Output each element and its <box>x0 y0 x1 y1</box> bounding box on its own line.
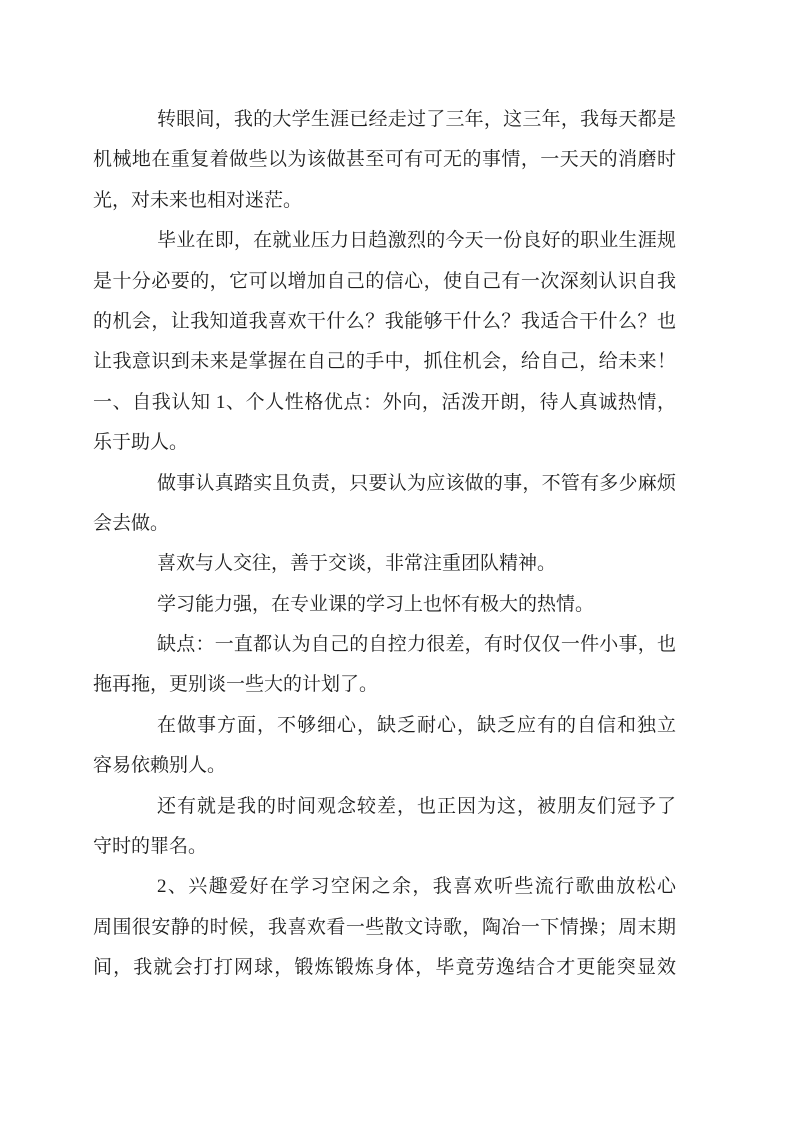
text-line: 守时的罪名。 <box>93 827 676 867</box>
text-line: 周围很安静的时候，我喜欢看一些散文诗歌，陶冶一下情操；周末期 <box>93 908 676 948</box>
text-line: 在做事方面，不够细心，缺乏耐心，缺乏应有的自信和独立性， <box>93 706 676 746</box>
text-line: 做事认真踏实且负责，只要认为应该做的事，不管有多少麻烦都 <box>93 464 676 504</box>
text-line: 乐于助人。 <box>93 423 676 463</box>
text-line: 拖再拖，更别谈一些大的计划了。 <box>93 665 676 705</box>
text-line: 转眼间，我的大学生涯已经走过了三年，这三年，我每天都是很 <box>93 100 676 140</box>
text-line: 间，我就会打打网球，锻炼锻炼身体，毕竟劳逸结合才更能突显效果。 <box>93 948 676 988</box>
text-line: 学习能力强，在专业课的学习上也怀有极大的热情。 <box>93 585 676 625</box>
text-line: 光，对未来也相对迷茫。 <box>93 181 676 221</box>
text-line: 让我意识到未来是掌握在自己的手中，抓住机会，给自己，给未来！ <box>93 342 676 382</box>
document-page: 转眼间，我的大学生涯已经走过了三年，这三年，我每天都是很 机械地在重复着做些以为… <box>0 0 793 1122</box>
section-heading-line: 一、自我认知 1、个人性格优点：外向，活泼开朗，待人真诚热情， <box>93 383 676 423</box>
document-text-block: 转眼间，我的大学生涯已经走过了三年，这三年，我每天都是很 机械地在重复着做些以为… <box>93 100 676 989</box>
text-line: 是十分必要的，它可以增加自己的信心，使自己有一次深刻认识自我 <box>93 262 676 302</box>
text-line: 的机会，让我知道我喜欢干什么？我能够干什么？我适合干什么？也 <box>93 302 676 342</box>
text-line: 会去做。 <box>93 504 676 544</box>
text-line: 还有就是我的时间观念较差，也正因为这，被朋友们冠予了“不 <box>93 787 676 827</box>
list-item-line: 2、兴趣爱好在学习空闲之余，我喜欢听些流行歌曲放松心情； <box>93 867 676 907</box>
text-line: 容易依赖别人。 <box>93 746 676 786</box>
text-line: 机械地在重复着做些以为该做甚至可有可无的事情，一天天的消磨时 <box>93 140 676 180</box>
text-line: 缺点：一直都认为自己的自控力很差，有时仅仅一件小事，也一 <box>93 625 676 665</box>
text-line: 毕业在即，在就业压力日趋激烈的今天一份良好的职业生涯规划 <box>93 221 676 261</box>
text-line: 喜欢与人交往，善于交谈，非常注重团队精神。 <box>93 544 676 584</box>
